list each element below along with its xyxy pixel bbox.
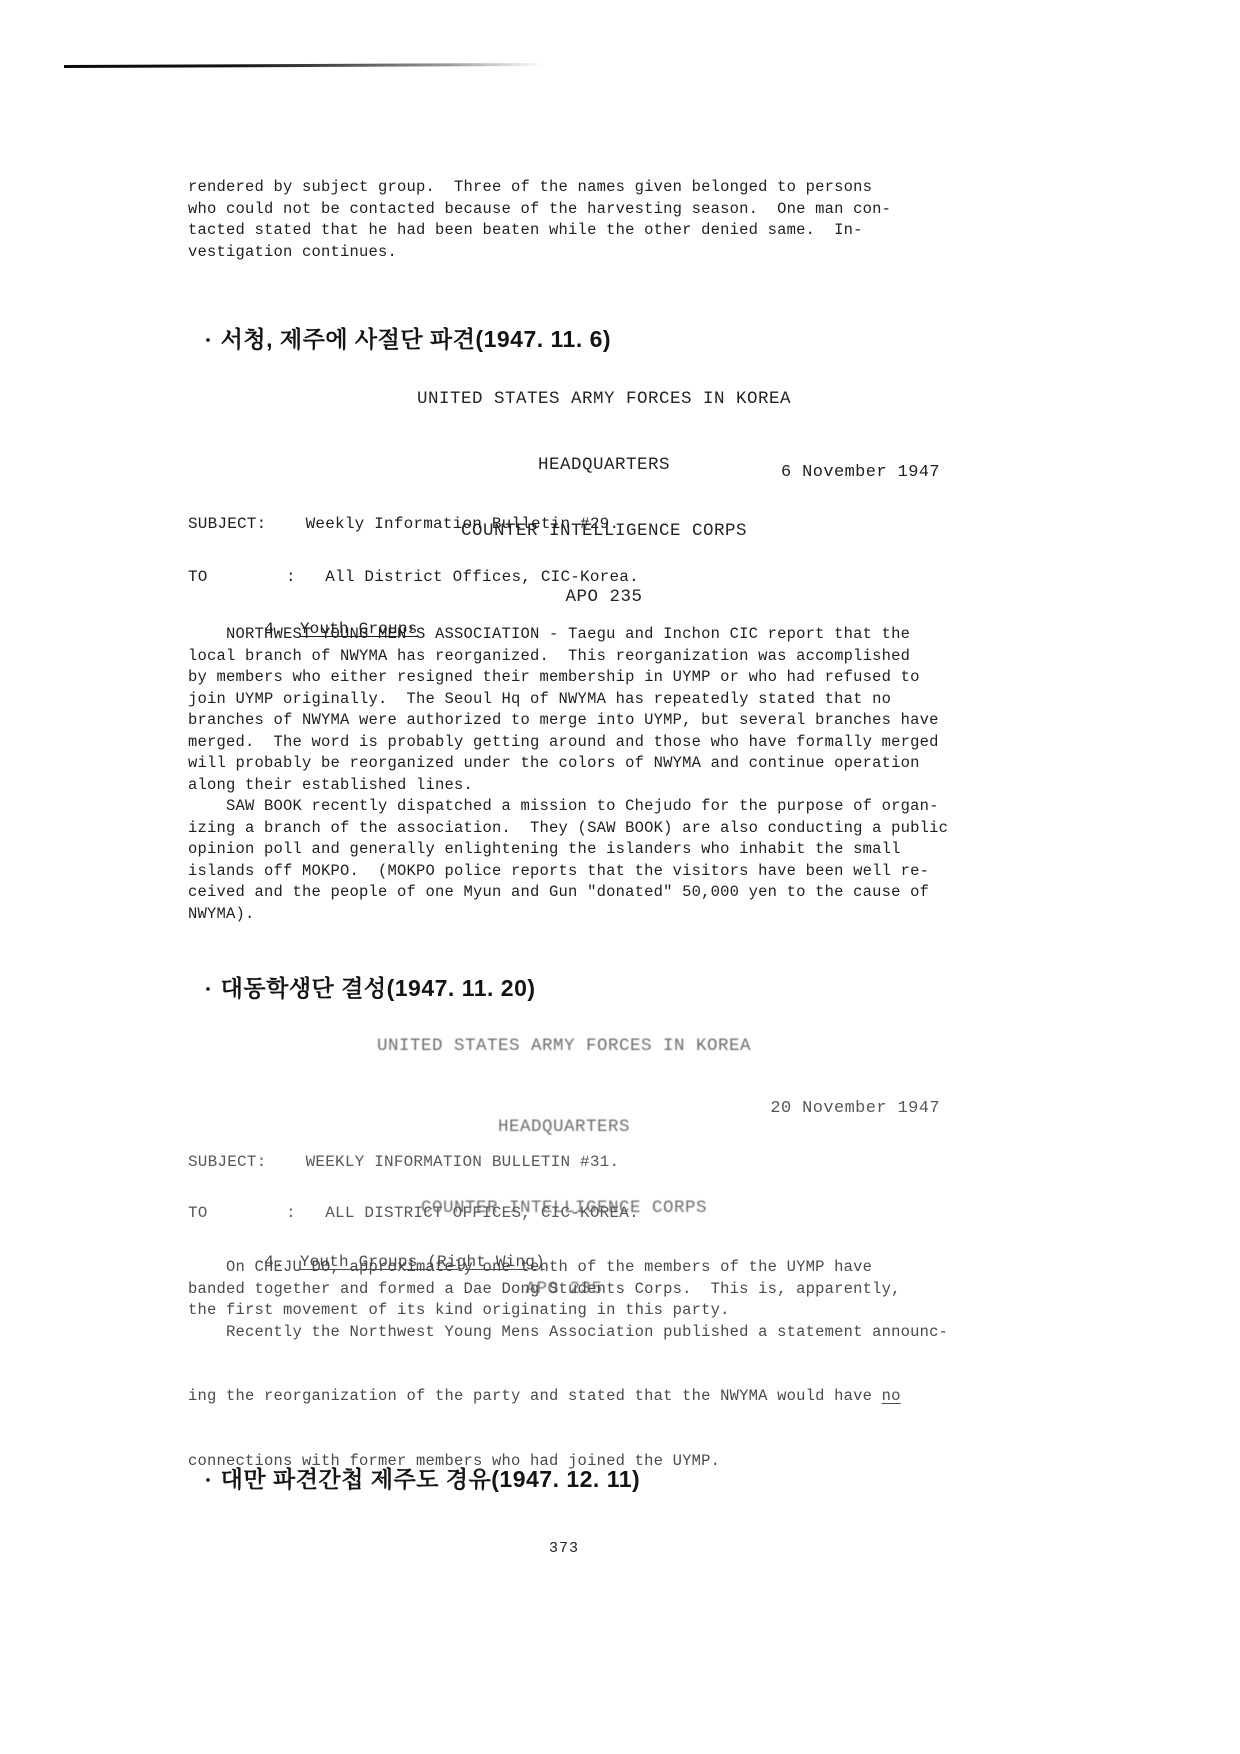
letterhead-line: UNITED STATES ARMY FORCES IN KOREA bbox=[228, 388, 980, 410]
to-line-1: TO : All District Offices, CIC-Korea. bbox=[188, 567, 639, 589]
korean-section-heading-3: ▪대만 파견간첩 제주도 경유(1947. 12. 11) bbox=[178, 1434, 640, 1521]
body-text: ing the reorganization of the party and … bbox=[188, 1387, 882, 1405]
bullet-square-icon: ▪ bbox=[206, 332, 211, 347]
date-line-2: 20 November 1947 bbox=[188, 1098, 940, 1120]
scanned-document-page: rendered by subject group. Three of the … bbox=[0, 0, 1240, 1754]
to-line-2: TO : ALL DISTRICT OFFICES, CIC-KOREA. bbox=[188, 1203, 639, 1225]
bullet-square-icon: ▪ bbox=[206, 1472, 211, 1487]
intro-paragraph: rendered by subject group. Three of the … bbox=[188, 177, 891, 263]
subject-line-1: SUBJECT: Weekly Information Bulletin #29… bbox=[188, 514, 619, 536]
letterhead-line: UNITED STATES ARMY FORCES IN KOREA bbox=[188, 1033, 940, 1060]
body-paragraph-3: On CHEJU DO, approximately one tenth of … bbox=[188, 1257, 948, 1343]
body-paragraph-2: SAW BOOK recently dispatched a mission t… bbox=[188, 796, 948, 925]
body-line: ing the reorganization of the party and … bbox=[188, 1386, 901, 1408]
page-number: 373 bbox=[188, 1538, 940, 1560]
body-paragraph-1: NORTHWEST YOUNG MEN'S ASSOCIATION - Taeg… bbox=[188, 624, 939, 796]
underlined-word: no bbox=[882, 1387, 901, 1405]
subject-line-2: SUBJECT: WEEKLY INFORMATION BULLETIN #31… bbox=[188, 1152, 619, 1174]
korean-heading-text: 대만 파견간첩 제주도 경유(1947. 12. 11) bbox=[221, 1466, 641, 1492]
date-line-1: 6 November 1947 bbox=[188, 462, 940, 484]
top-rule bbox=[64, 63, 542, 68]
